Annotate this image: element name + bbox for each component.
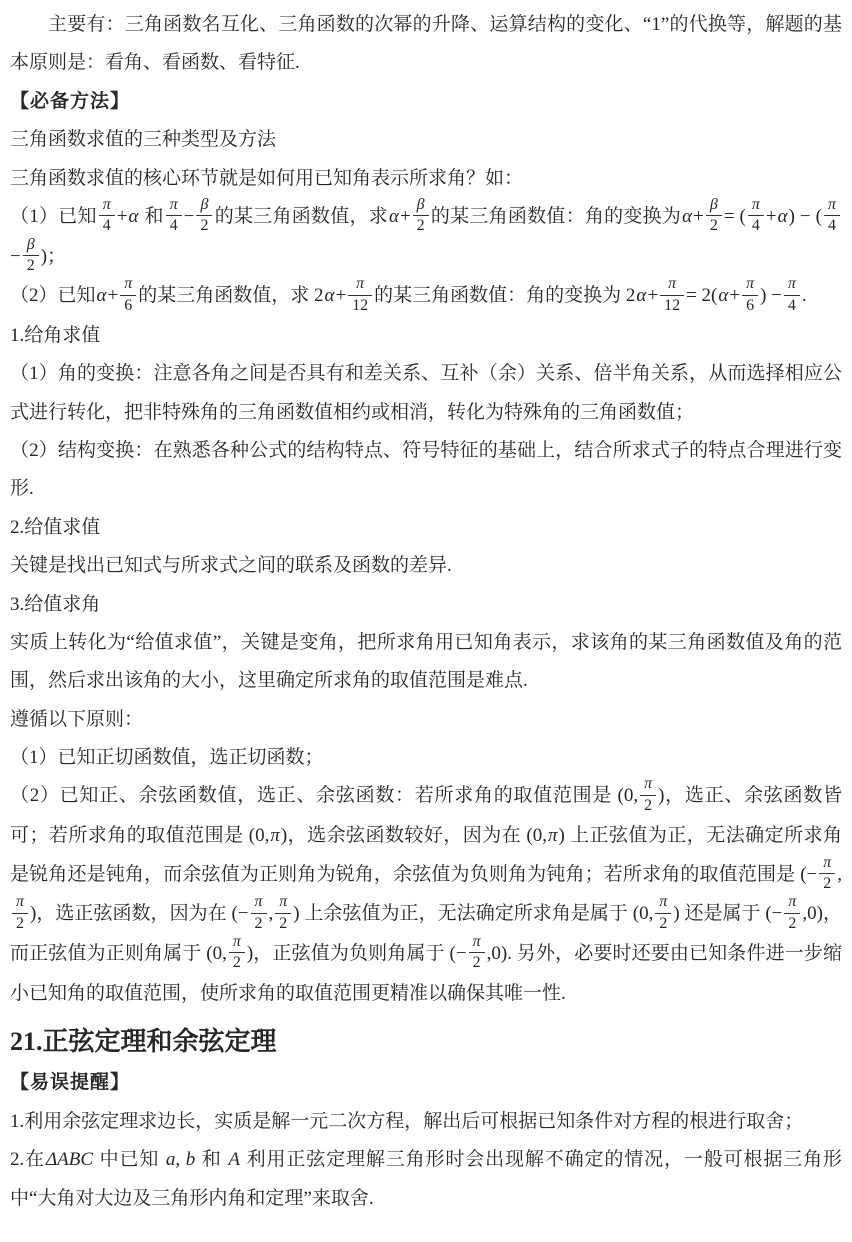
text-run: 3.给值求角: [10, 594, 100, 615]
text-run: +: [117, 206, 128, 227]
text-run: +: [729, 285, 740, 306]
principle-2: （2）已知正、余弦函数值，选正、余弦函数：若所求角的取值范围是 (0,π2)，选…: [10, 777, 842, 1013]
fraction: π6: [120, 275, 136, 315]
fraction-numerator: π: [748, 196, 764, 216]
text-run: 2.给值求值: [10, 517, 100, 538]
text-run: 三角函数求值的三种类型及方法: [10, 129, 276, 150]
fraction: π2: [819, 854, 835, 894]
text-run: +: [766, 206, 777, 227]
text-run: )，选正弦函数，因为在 (−: [30, 903, 249, 924]
text-run: ,: [269, 903, 274, 924]
text-run: 主要有：三角函数名互化、三角函数的次幂的升降、运算结构的变化、“1”的代换等，解…: [10, 14, 842, 73]
fraction-numerator: π: [12, 893, 28, 913]
text-run: ) −: [760, 285, 782, 306]
fraction-numerator: π: [819, 854, 835, 874]
math-variable: α: [388, 206, 400, 227]
fraction-numerator: π: [660, 275, 684, 295]
subtitle-three-types: 三角函数求值的三种类型及方法: [10, 121, 842, 159]
text-run: )，正弦值为负则角属于 (−: [247, 943, 467, 964]
text-run: 【必备方法】: [10, 91, 130, 112]
math-variable: a, b: [165, 1149, 196, 1170]
fraction-denominator: 2: [655, 914, 671, 933]
text-run: +: [400, 206, 411, 227]
fraction-denominator: 4: [748, 216, 764, 235]
fraction-numerator: β: [706, 196, 722, 216]
subhead-given-value-find-value: 2.给值求值: [10, 509, 842, 547]
text-run: .: [802, 285, 807, 306]
text-run: 2.在: [10, 1149, 45, 1170]
fraction: π2: [469, 933, 485, 973]
text-run: 21.正弦定理和余弦定理: [10, 1027, 277, 1056]
fraction-numerator: π: [640, 775, 656, 795]
fraction-denominator: 2: [413, 216, 429, 235]
fraction-denominator: 12: [348, 296, 372, 315]
example-1-paragraph: （1）已知π4+α 和π4−β2的某三角函数值，求α+β2的某三角函数值：角的变…: [10, 198, 842, 277]
intro-paragraph: 主要有：三角函数名互化、三角函数的次幂的升降、运算结构的变化、“1”的代换等，解…: [10, 6, 842, 83]
text-run: 的某三角函数值：角的变换为 2: [374, 285, 635, 306]
text-run: 遵循以下原则：: [10, 709, 143, 730]
text-run: +: [108, 285, 119, 306]
chapter-heading-21: 21.正弦定理和余弦定理: [10, 1019, 842, 1065]
fraction-numerator: π: [166, 196, 182, 216]
text-run: 1.给角求值: [10, 325, 100, 346]
text-run: ,: [837, 864, 842, 885]
reminder-2: 2.在ΔABC 中已知 a, b 和 A 利用正弦定理解三角形时会出现解不确定的…: [10, 1141, 842, 1218]
section-tag-easy-mistakes: 【易误提醒】: [10, 1064, 842, 1102]
fraction-denominator: 2: [469, 953, 485, 972]
fraction: π12: [660, 275, 684, 315]
text-run: 1.利用余弦定理求边长，实质是解一元二次方程，解出后可根据已知条件对方程的根进行…: [10, 1111, 803, 1132]
given-angle-item-1: （1）角的变换：注意各角之间是否具有和差关系、互补（余）关系、倍半角关系，从而选…: [10, 355, 842, 432]
fraction: π4: [784, 275, 800, 315]
text-run: 的某三角函数值：角的变换为: [431, 206, 682, 227]
text-run: = (: [724, 206, 746, 227]
fraction-numerator: π: [742, 275, 758, 295]
fraction-denominator: 4: [824, 216, 840, 235]
fraction: π2: [655, 893, 671, 933]
fraction-denominator: 2: [229, 953, 245, 972]
fraction-numerator: π: [348, 275, 372, 295]
fraction-denominator: 2: [819, 874, 835, 893]
document-page: 主要有：三角函数名互化、三角函数的次幂的升降、运算结构的变化、“1”的代换等，解…: [0, 0, 852, 1242]
math-variable: α: [96, 285, 108, 306]
text-run: 的某三角函数值，求: [214, 206, 388, 227]
text-run: （1）已知: [10, 206, 97, 227]
text-run: )；: [41, 246, 66, 267]
document-body: 主要有：三角函数名互化、三角函数的次幂的升降、运算结构的变化、“1”的代换等，解…: [10, 6, 842, 1218]
text-run: （2）已知: [10, 285, 96, 306]
fraction: β2: [413, 196, 429, 236]
fraction: β2: [23, 236, 39, 276]
fraction: π4: [748, 196, 764, 236]
text-run: （1）已知正切函数值，选正切函数；: [10, 747, 324, 768]
text-run: 的某三角函数值，求 2: [138, 285, 323, 306]
math-variable: π: [547, 825, 559, 846]
math-variable: α: [717, 285, 729, 306]
fraction-denominator: 2: [12, 914, 28, 933]
fraction: π2: [229, 933, 245, 973]
given-angle-item-2: （2）结构变换：在熟悉各种公式的结构特点、符号特征的基础上，结合所求式子的特点合…: [10, 432, 842, 509]
example-2-paragraph: （2）已知α+π6的某三角函数值，求 2α+π12的某三角函数值：角的变换为 2…: [10, 277, 842, 317]
principle-1: （1）已知正切函数值，选正切函数；: [10, 739, 842, 777]
fraction-denominator: 2: [706, 216, 722, 235]
math-variable: α: [777, 206, 789, 227]
fraction-numerator: π: [120, 275, 136, 295]
text-run: 【易误提醒】: [10, 1072, 130, 1093]
math-variable: α: [681, 206, 693, 227]
fraction-denominator: 2: [640, 796, 656, 815]
fraction-numerator: π: [824, 196, 840, 216]
fraction: π4: [166, 196, 182, 236]
math-variable: π: [269, 825, 281, 846]
fraction: π2: [12, 893, 28, 933]
math-variable: ΔABC: [45, 1149, 94, 1170]
given-value-paragraph: 关键是找出已知式与所求式之间的联系及函数的差异.: [10, 547, 842, 585]
fraction-denominator: 2: [196, 216, 212, 235]
fraction: β2: [706, 196, 722, 236]
reminder-1: 1.利用余弦定理求边长，实质是解一元二次方程，解出后可根据已知条件对方程的根进行…: [10, 1103, 842, 1141]
fraction-denominator: 2: [784, 914, 800, 933]
text-run: = 2(: [686, 285, 717, 306]
fraction-denominator: 6: [742, 296, 758, 315]
fraction: π4: [824, 196, 840, 236]
text-run: −: [10, 246, 21, 267]
fraction-numerator: β: [413, 196, 429, 216]
fraction-denominator: 4: [784, 296, 800, 315]
text-run: ) 上余弦值为正，无法确定所求角是属于 (0,: [293, 903, 653, 924]
section-tag-required-methods: 【必备方法】: [10, 83, 842, 121]
fraction-numerator: π: [469, 933, 485, 953]
fraction-denominator: 2: [23, 256, 39, 275]
math-variable: α: [323, 285, 335, 306]
core-step-paragraph: 三角函数求值的核心环节就是如何用已知角表示所求角？如：: [10, 160, 842, 198]
text-run: +: [693, 206, 704, 227]
text-run: +: [335, 285, 346, 306]
fraction-denominator: 2: [275, 914, 291, 933]
text-run: （1）角的变换：注意各角之间是否具有和差关系、互补（余）关系、倍半角关系，从而选…: [10, 363, 842, 422]
math-variable: α: [127, 206, 139, 227]
fraction-numerator: π: [99, 196, 115, 216]
fraction: β2: [196, 196, 212, 236]
fraction: π2: [640, 775, 656, 815]
text-run: )，选余弦函数较好，因为在 (0,: [281, 825, 547, 846]
text-run: 和: [196, 1149, 227, 1170]
fraction: π4: [99, 196, 115, 236]
text-run: 中已知: [94, 1149, 165, 1170]
fraction-numerator: π: [655, 893, 671, 913]
text-run: 和: [139, 206, 163, 227]
fraction: π2: [784, 893, 800, 933]
fraction: π2: [275, 893, 291, 933]
fraction: π12: [348, 275, 372, 315]
text-run: +: [647, 285, 658, 306]
text-run: 实质上转化为“给值求值”，关键是变角，把所求角用已知角表示，求该角的某三角函数值…: [10, 632, 842, 691]
fraction-numerator: π: [784, 893, 800, 913]
find-angle-paragraph: 实质上转化为“给值求值”，关键是变角，把所求角用已知角表示，求该角的某三角函数值…: [10, 624, 842, 701]
text-run: 三角函数求值的核心环节就是如何用已知角表示所求角？如：: [10, 168, 523, 189]
fraction-numerator: β: [23, 236, 39, 256]
text-run: ) − (: [789, 206, 822, 227]
fraction: π2: [251, 893, 267, 933]
text-run: （2）结构变换：在熟悉各种公式的结构特点、符号特征的基础上，结合所求式子的特点合…: [10, 440, 842, 499]
text-run: ) 还是属于 (−: [673, 903, 782, 924]
fraction-denominator: 4: [99, 216, 115, 235]
subhead-given-angle: 1.给角求值: [10, 317, 842, 355]
text-run: （2）已知正、余弦函数值，选正、余弦函数：若所求角的取值范围是 (0,: [10, 786, 638, 807]
text-run: 关键是找出已知式与所求式之间的联系及函数的差异.: [10, 555, 452, 576]
fraction-numerator: π: [229, 933, 245, 953]
fraction-denominator: 4: [166, 216, 182, 235]
fraction-denominator: 6: [120, 296, 136, 315]
fraction-numerator: β: [196, 196, 212, 216]
fraction-denominator: 12: [660, 296, 684, 315]
fraction-numerator: π: [275, 893, 291, 913]
math-variable: α: [635, 285, 647, 306]
fraction-numerator: π: [784, 275, 800, 295]
subhead-given-value-find-angle: 3.给值求角: [10, 586, 842, 624]
principles-lead-in: 遵循以下原则：: [10, 701, 842, 739]
fraction-denominator: 2: [251, 914, 267, 933]
fraction-numerator: π: [251, 893, 267, 913]
math-variable: A: [227, 1149, 241, 1170]
fraction: π6: [742, 275, 758, 315]
text-run: −: [184, 206, 195, 227]
